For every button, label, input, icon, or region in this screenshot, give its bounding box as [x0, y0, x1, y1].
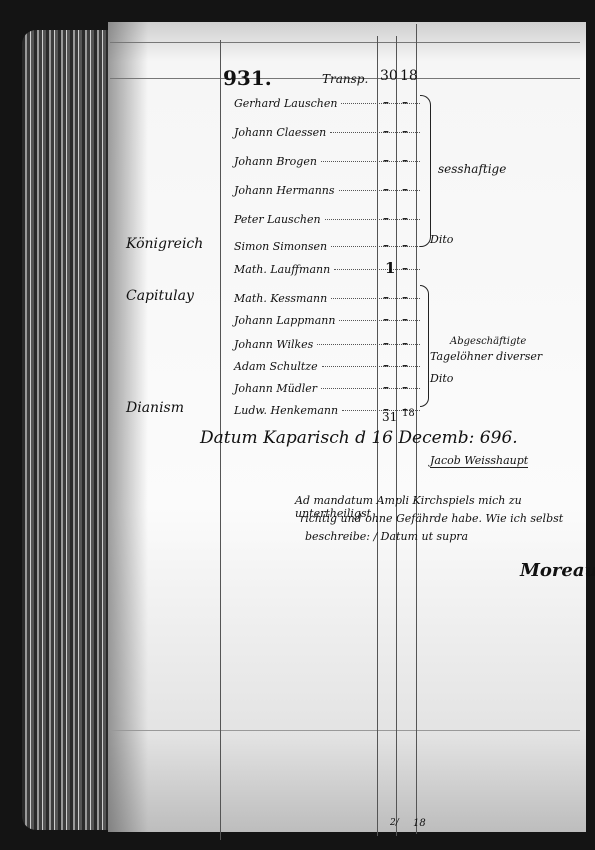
footer-mark: 2/	[390, 818, 399, 828]
amount-col1: –	[383, 182, 389, 196]
bracket-note: Dito	[430, 233, 453, 246]
footer-folio: 18	[413, 818, 426, 829]
bracket-group-2	[420, 285, 429, 407]
total-col1: 31	[382, 410, 397, 424]
ledger-row: Johann Müdler	[234, 382, 424, 395]
amount-col1: –	[383, 238, 389, 252]
page-number: 931.	[223, 66, 272, 90]
amount-col2: –	[402, 380, 408, 394]
person-name: Johann Hermanns	[234, 184, 335, 197]
carry-value-1: 30	[380, 68, 398, 84]
ledger-row: Math. Kessmann	[234, 292, 424, 305]
amount-col1: –	[383, 153, 389, 167]
ledger-row: Johann Claessen	[234, 126, 424, 139]
total-col2: 18	[402, 408, 415, 419]
amount-col2: –	[402, 124, 408, 138]
amount-col2: –	[402, 182, 408, 196]
person-name: Math. Lauffmann	[234, 263, 330, 276]
person-name: Peter Lauschen	[234, 213, 321, 226]
person-name: Adam Schultze	[234, 360, 318, 373]
ledger-row: Johann Wilkes	[234, 338, 424, 351]
person-name: Gerhard Lauschen	[234, 97, 337, 110]
ledger-row: Peter Lauschen	[234, 213, 424, 226]
book-page-edges	[22, 30, 117, 830]
ledger-row: Adam Schultze	[234, 360, 424, 373]
closing-note-line-3: beschreibe: / Datum ut supra	[305, 530, 468, 543]
amount-col1: 1	[385, 259, 395, 277]
amount-col1: –	[383, 380, 389, 394]
carry-value-2: 18	[400, 68, 418, 84]
amount-col1: –	[383, 95, 389, 109]
person-name: Johann Müdler	[234, 382, 317, 395]
amount-col1: –	[383, 124, 389, 138]
bracket-note: Tagelöhner diverser	[430, 350, 542, 363]
person-name: Johann Wilkes	[234, 338, 313, 351]
amount-col1: –	[383, 336, 389, 350]
amount-col2: –	[402, 153, 408, 167]
person-name: Johann Brogen	[234, 155, 317, 168]
amount-col1: –	[383, 312, 389, 326]
date-line: Datum Kaparisch d 16 Decemb: 696.	[200, 428, 518, 448]
ledger-row: Johann Hermanns	[234, 184, 424, 197]
rule-top	[110, 42, 580, 43]
person-name: Johann Lappmann	[234, 314, 335, 327]
ledger-row: Johann Brogen	[234, 155, 424, 168]
ledger-row: Simon Simonsen	[234, 240, 424, 253]
closing-note-line-2: richtig und ohne Gefährde habe. Wie ich …	[300, 512, 563, 525]
amount-col2: –	[402, 290, 408, 304]
amount-col2: –	[402, 95, 408, 109]
region-label: Capitulay	[126, 288, 194, 304]
amount-col2: –	[402, 238, 408, 252]
region-label: Königreich	[126, 236, 203, 252]
signature-1: Jacob Weisshaupt	[430, 454, 528, 468]
amount-col2: –	[402, 211, 408, 225]
signature-2: Moreau	[520, 560, 595, 581]
bracket-note: Dito	[430, 372, 453, 385]
person-name: Simon Simonsen	[234, 240, 327, 253]
rule-bottom	[110, 730, 580, 731]
bracket-group-1	[420, 95, 431, 247]
person-name: Ludw. Henkemann	[234, 404, 338, 417]
amount-col1: –	[383, 290, 389, 304]
ledger-page	[108, 22, 586, 832]
carry-forward-label: Transp.	[322, 72, 368, 86]
ledger-row: Math. Lauffmann	[234, 263, 424, 276]
amount-col2: –	[402, 336, 408, 350]
person-name: Math. Kessmann	[234, 292, 327, 305]
amount-col1: –	[383, 358, 389, 372]
amount-col2: –	[402, 312, 408, 326]
amount-col1: –	[383, 211, 389, 225]
amount-col2: –	[402, 261, 408, 275]
bracket-note: sesshaftige	[438, 162, 506, 176]
region-label: Dianism	[126, 400, 184, 416]
amount-col2: –	[402, 358, 408, 372]
person-name: Johann Claessen	[234, 126, 326, 139]
ledger-row: Johann Lappmann	[234, 314, 424, 327]
bracket-note: Abgeschäftigte	[450, 336, 526, 347]
ledger-row: Gerhard Lauschen	[234, 97, 424, 110]
